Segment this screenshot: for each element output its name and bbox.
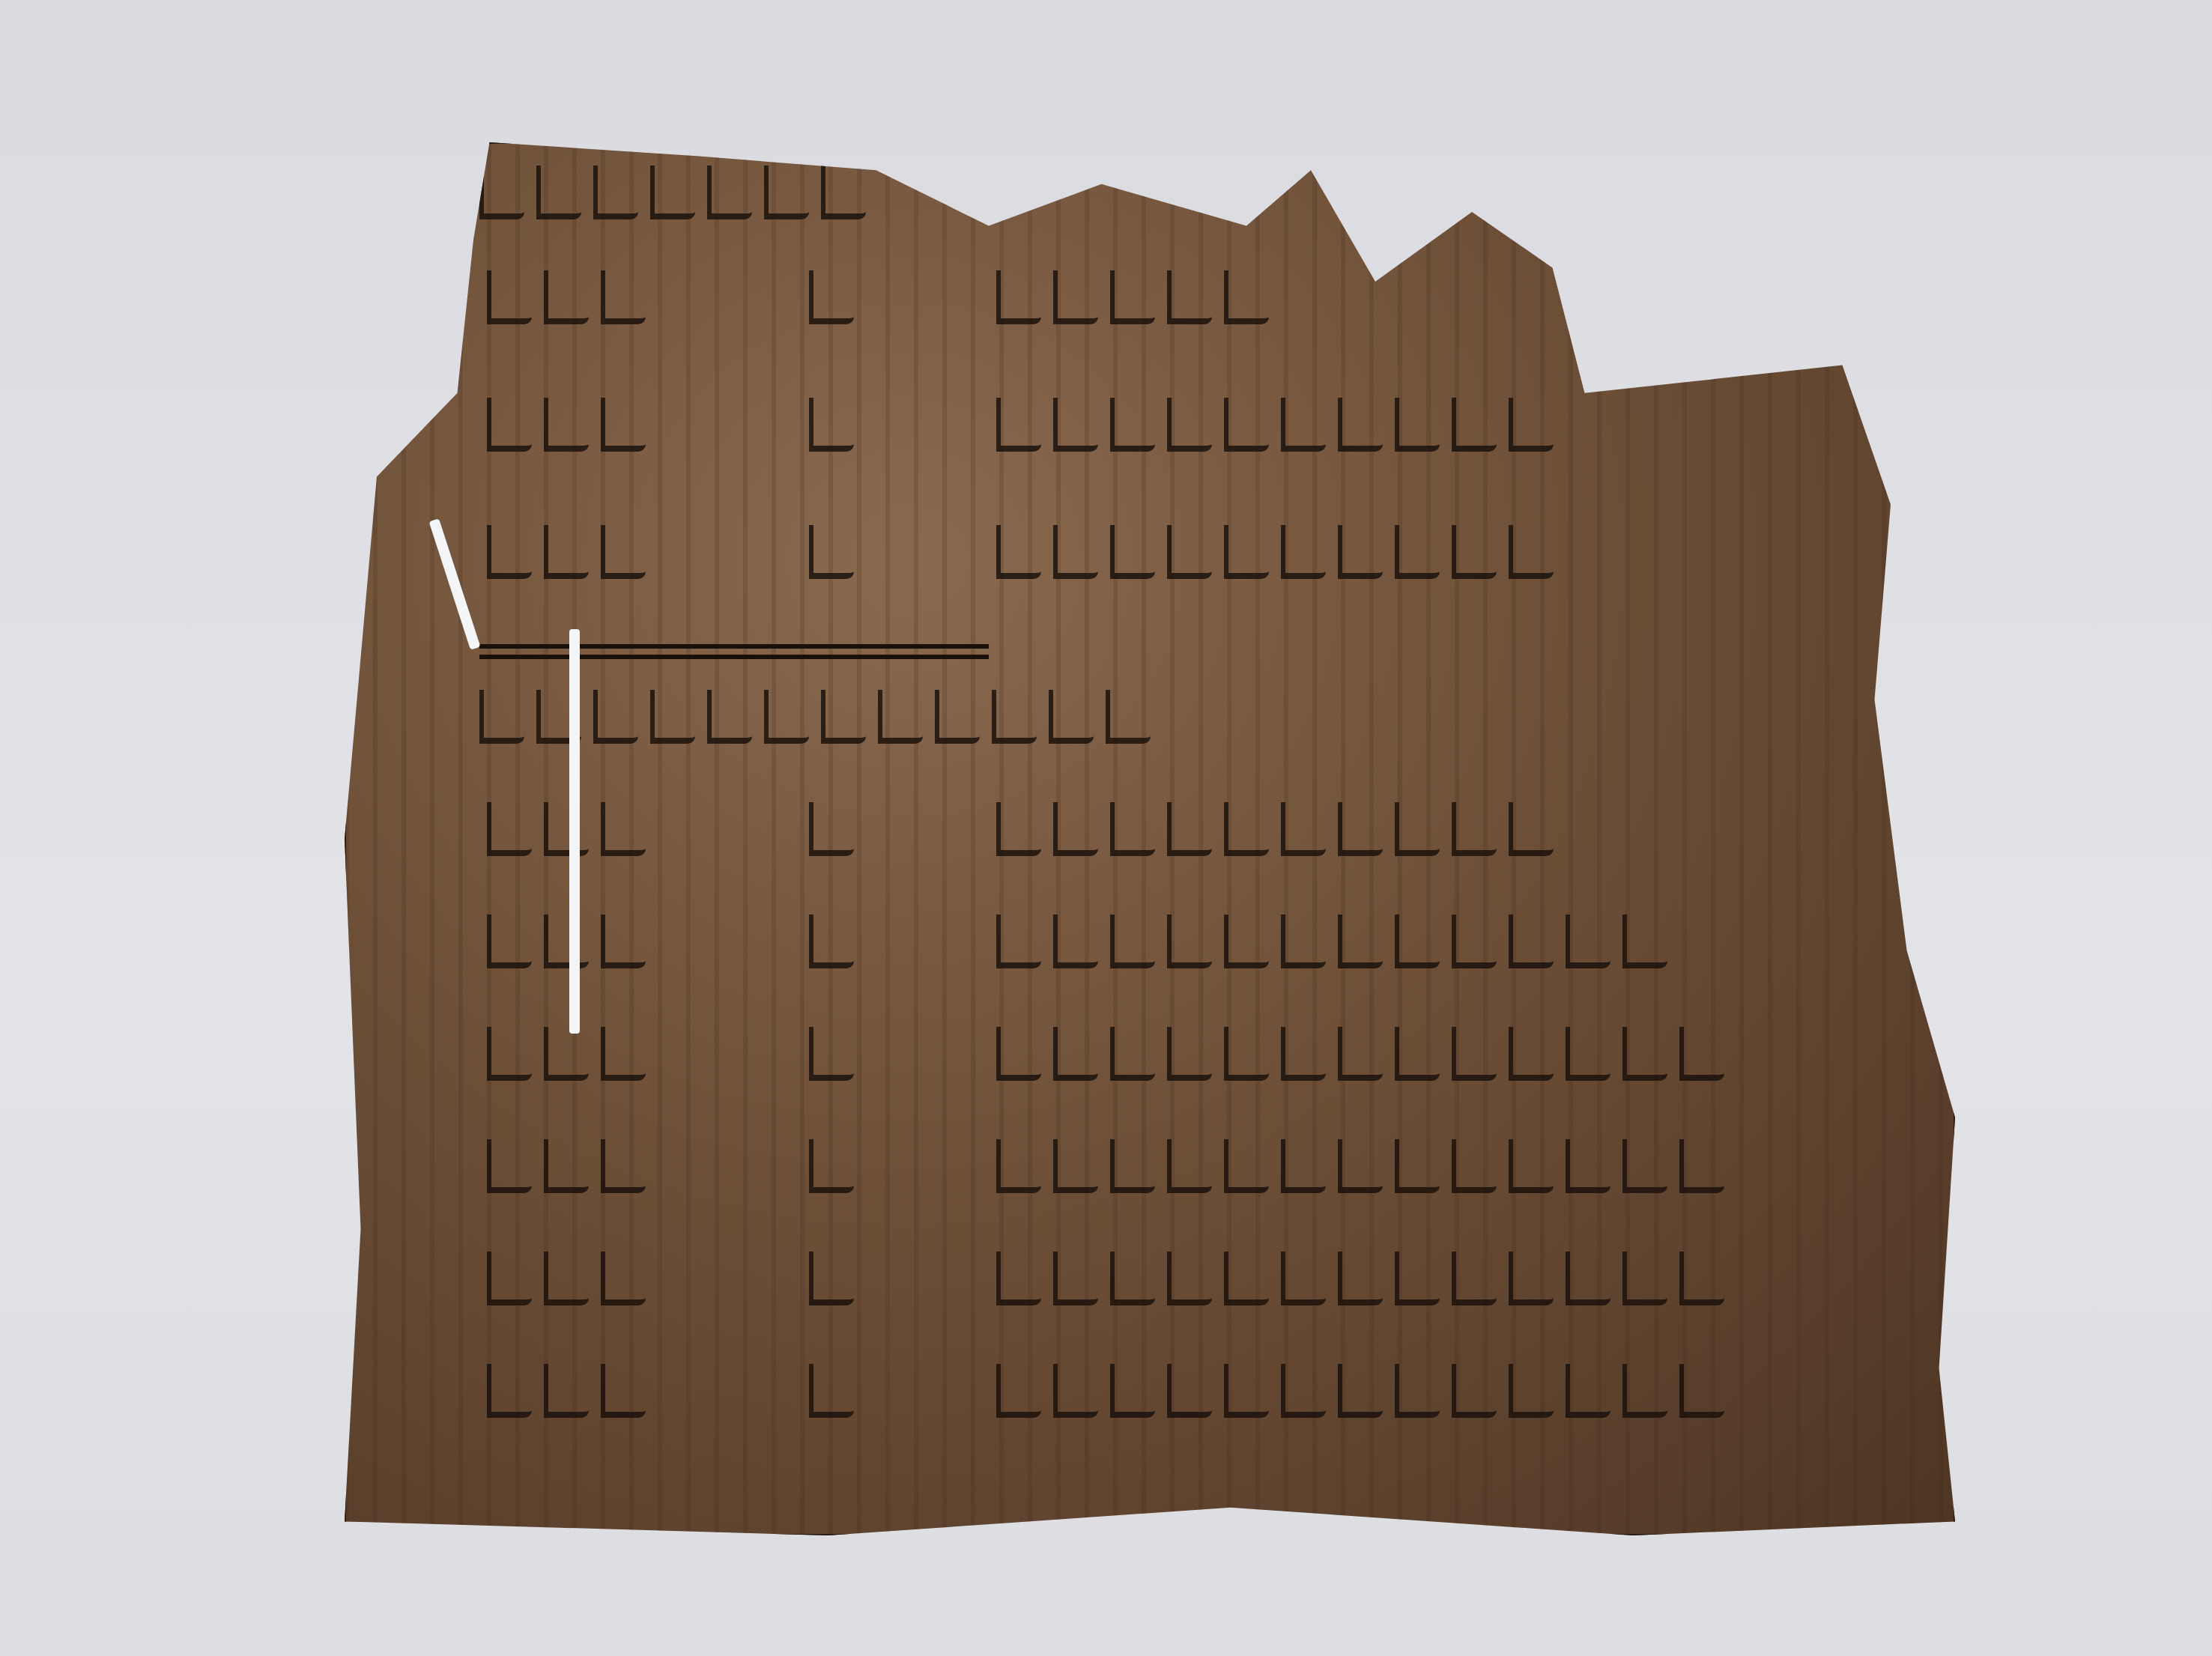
section-divider bbox=[479, 655, 989, 659]
manuscript-row bbox=[345, 906, 1955, 989]
row-text bbox=[996, 1027, 1736, 1093]
row-text bbox=[996, 915, 1679, 980]
manuscript-row bbox=[345, 1131, 1955, 1213]
row-numeral bbox=[809, 1139, 866, 1205]
manuscript-row bbox=[345, 1243, 1955, 1326]
row-numeral bbox=[809, 802, 866, 868]
manuscript-row bbox=[345, 682, 1955, 764]
manuscript-row bbox=[345, 157, 1955, 240]
row-text bbox=[996, 525, 1566, 591]
row-text bbox=[996, 1252, 1736, 1317]
row-numeral bbox=[809, 1252, 866, 1317]
row-text bbox=[996, 802, 1566, 868]
manuscript-row bbox=[345, 517, 1955, 599]
row-numeral bbox=[809, 915, 866, 980]
row-numeral bbox=[809, 398, 866, 464]
row-text bbox=[479, 690, 1163, 756]
row-label bbox=[487, 525, 658, 591]
fragment-tear bbox=[569, 629, 580, 1034]
manuscript-row bbox=[345, 1356, 1955, 1438]
row-text bbox=[479, 166, 878, 231]
row-text bbox=[996, 270, 1281, 336]
row-label bbox=[487, 1252, 658, 1317]
row-text bbox=[996, 398, 1566, 464]
row-label bbox=[487, 1364, 658, 1430]
row-numeral bbox=[809, 1364, 866, 1430]
manuscript-row bbox=[345, 794, 1955, 876]
row-text bbox=[996, 1364, 1736, 1430]
row-numeral bbox=[809, 1027, 866, 1093]
manuscript-row bbox=[345, 262, 1955, 345]
manuscript-row bbox=[345, 1019, 1955, 1101]
section-divider bbox=[479, 644, 989, 649]
row-label bbox=[487, 398, 658, 464]
row-numeral bbox=[809, 525, 866, 591]
manuscript-row bbox=[345, 389, 1955, 472]
row-label bbox=[487, 1027, 658, 1093]
row-text bbox=[996, 1139, 1736, 1205]
row-label bbox=[487, 1139, 658, 1205]
row-label bbox=[487, 270, 658, 336]
row-numeral bbox=[809, 270, 866, 336]
manuscript-fragment bbox=[345, 142, 1955, 1535]
